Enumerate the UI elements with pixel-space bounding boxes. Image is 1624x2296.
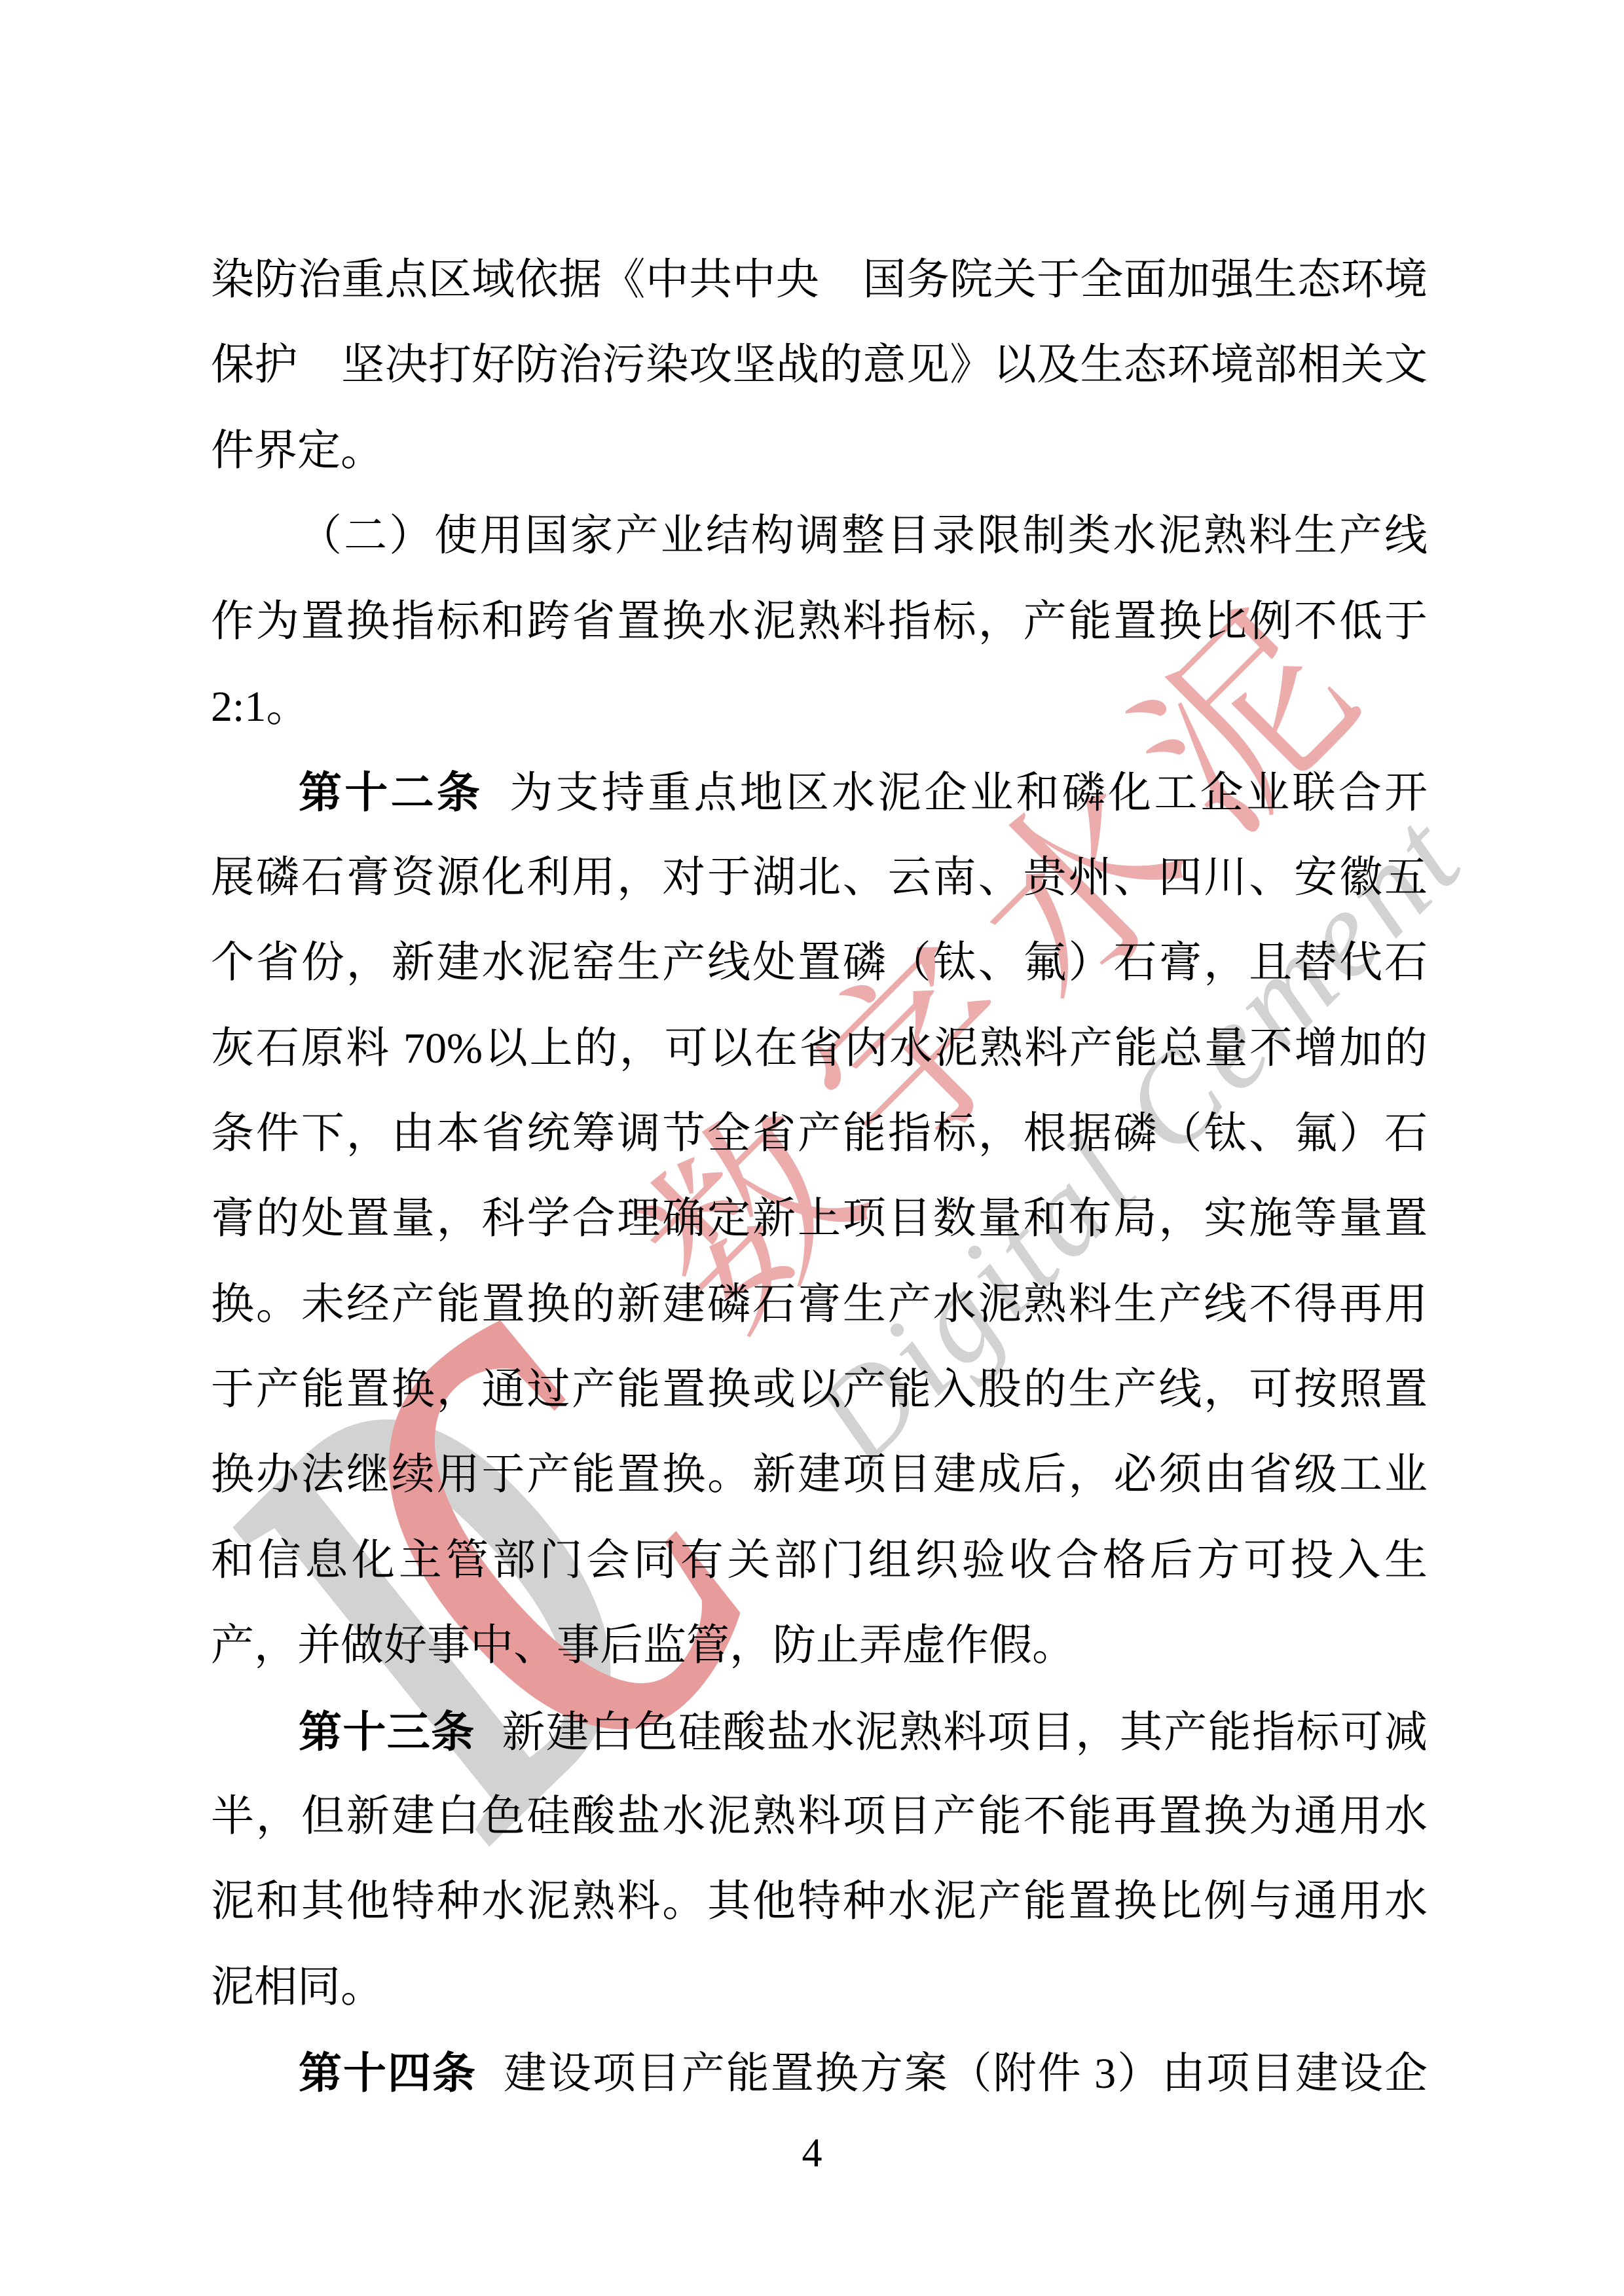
line-text: 染防治重点区域依据《中共中央 国务院关于全面加强生态环境 — [211, 256, 1428, 304]
line-text: 于产能置换，通过产能置换或以产能入股的生产线，可按照置 — [211, 1366, 1428, 1413]
line-text: 保护 坚决打好防治污染攻坚战的意见》以及生态环境部相关文 — [211, 341, 1428, 389]
page-number: 4 — [0, 2133, 1624, 2174]
line-text: 灰石原料 70%以上的，可以在省内水泥熟料产能总量不增加的 — [211, 1025, 1428, 1072]
line-text: 膏的处置量，科学合理确定新上项目数量和布局，实施等量置 — [211, 1195, 1428, 1243]
article-number-heading: 第十四条 — [299, 2049, 477, 2097]
text-line: 第十三条新建白色硅酸盐水泥熟料项目，其产能指标可减 — [211, 1689, 1428, 1774]
line-text: 为支持重点地区水泥企业和磷化工企业联合开 — [509, 769, 1428, 817]
text-line: 展磷石膏资源化利用，对于湖北、云南、贵州、四川、安徽五 — [211, 835, 1428, 920]
line-text: 作为置换指标和跨省置换水泥熟料指标，产能置换比例不低于 — [211, 598, 1428, 646]
line-text: 新建白色硅酸盐水泥熟料项目，其产能指标可减 — [502, 1709, 1428, 1757]
text-line: 染防治重点区域依据《中共中央 国务院关于全面加强生态环境 — [211, 238, 1428, 323]
text-line: 换办法继续用于产能置换。新建项目建成后，必须由省级工业 — [211, 1432, 1428, 1518]
line-text: 展磷石膏资源化利用，对于湖北、云南、贵州、四川、安徽五 — [211, 854, 1428, 902]
line-text: 换。未经产能置换的新建磷石膏生产水泥熟料生产线不得再用 — [211, 1281, 1428, 1328]
line-text: 建设项目产能置换方案（附件 3）由项目建设企 — [504, 2050, 1428, 2098]
text-lines: 染防治重点区域依据《中共中央 国务院关于全面加强生态环境 保护 坚决打好防治污染… — [211, 238, 1428, 2116]
line-text: 2:1。 — [211, 683, 309, 731]
line-text: 产，并做好事中、事后监管，防止弄虚作假。 — [211, 1622, 1075, 1669]
text-line: 膏的处置量，科学合理确定新上项目数量和布局，实施等量置 — [211, 1176, 1428, 1262]
text-line: 保护 坚决打好防治污染攻坚战的意见》以及生态环境部相关文 — [211, 323, 1428, 408]
text-line: 2:1。 — [211, 665, 1428, 750]
line-text: 个省份，新建水泥窑生产线处置磷（钛、氟）石膏，且替代石 — [211, 939, 1428, 987]
text-line: 第十二条为支持重点地区水泥企业和磷化工企业联合开 — [211, 750, 1428, 835]
text-line: 灰石原料 70%以上的，可以在省内水泥熟料产能总量不增加的 — [211, 1006, 1428, 1091]
text-line: 第十四条建设项目产能置换方案（附件 3）由项目建设企 — [211, 2030, 1428, 2115]
text-line: （二）使用国家产业结构调整目录限制类水泥熟料生产线 — [211, 494, 1428, 579]
text-line: 产，并做好事中、事后监管，防止弄虚作假。 — [211, 1603, 1428, 1688]
line-text: 泥相同。 — [211, 1963, 384, 2011]
text-line: 于产能置换，通过产能置换或以产能入股的生产线，可按照置 — [211, 1347, 1428, 1432]
line-text: 件界定。 — [211, 427, 384, 475]
text-line: 件界定。 — [211, 409, 1428, 494]
line-text: 半，但新建白色硅酸盐水泥熟料项目产能不能再置换为通用水 — [211, 1793, 1428, 1840]
article-number-heading: 第十三条 — [299, 1707, 475, 1756]
line-text: 泥和其他特种水泥熟料。其他特种水泥产能置换比例与通用水 — [211, 1878, 1428, 1925]
line-text: 换办法继续用于产能置换。新建项目建成后，必须由省级工业 — [211, 1451, 1428, 1499]
line-text: （二）使用国家产业结构调整目录限制类水泥熟料生产线 — [299, 512, 1428, 560]
text-line: 作为置换指标和跨省置换水泥熟料指标，产能置换比例不低于 — [211, 579, 1428, 665]
text-line: 个省份，新建水泥窑生产线处置磷（钛、氟）石膏，且替代石 — [211, 920, 1428, 1006]
text-line: 条件下，由本省统筹调节全省产能指标，根据磷（钛、氟）石 — [211, 1091, 1428, 1176]
line-text: 和信息化主管部门会同有关部门组织验收合格后方可投入生 — [211, 1537, 1428, 1584]
body-text: 染防治重点区域依据《中共中央 国务院关于全面加强生态环境 保护 坚决打好防治污染… — [211, 238, 1428, 2116]
document-page: DC 数字水泥 Digital Cement 染防治重点区域依据《中共中央 国务… — [0, 0, 1624, 2296]
text-line: 半，但新建白色硅酸盐水泥熟料项目产能不能再置换为通用水 — [211, 1774, 1428, 1859]
line-text: 条件下，由本省统筹调节全省产能指标，根据磷（钛、氟）石 — [211, 1110, 1428, 1157]
text-line: 换。未经产能置换的新建磷石膏生产水泥熟料生产线不得再用 — [211, 1262, 1428, 1347]
text-line: 泥和其他特种水泥熟料。其他特种水泥产能置换比例与通用水 — [211, 1859, 1428, 1944]
text-line: 和信息化主管部门会同有关部门组织验收合格后方可投入生 — [211, 1518, 1428, 1603]
article-number-heading: 第十二条 — [299, 768, 483, 816]
text-line: 泥相同。 — [211, 1945, 1428, 2030]
